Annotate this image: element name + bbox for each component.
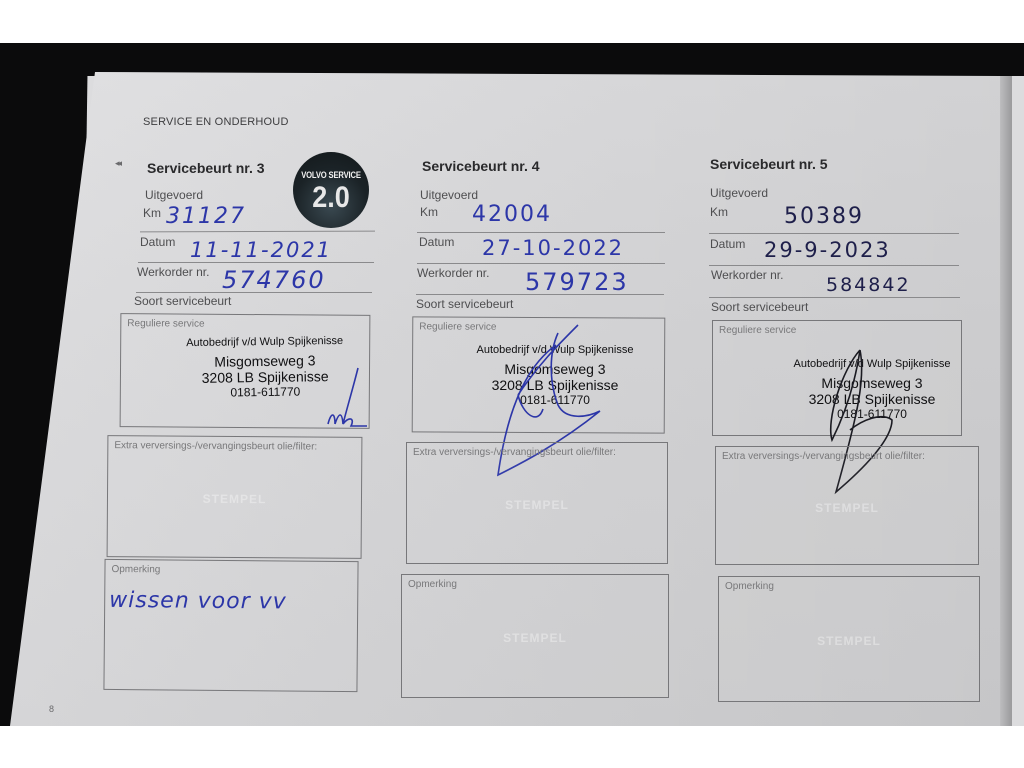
stempel-watermark: STEMPEL xyxy=(407,498,667,512)
datum-label: Datum xyxy=(710,237,745,251)
extra-label: Extra verversings-/vervangingsbeurt olie… xyxy=(114,440,317,452)
extra-verversing-box: Extra verversings-/vervangingsbeurt olie… xyxy=(406,442,668,564)
page-number: 8 xyxy=(49,704,54,714)
opmerking-label: Opmerking xyxy=(111,564,160,575)
km-value: 31127 xyxy=(166,204,246,229)
reguliere-label: Reguliere service xyxy=(719,325,796,336)
soort-label: Soort servicebeurt xyxy=(416,297,513,311)
km-label: Km xyxy=(420,205,438,219)
extra-verversing-box: Extra verversings-/vervangingsbeurt olie… xyxy=(715,446,979,565)
werkorder-value: 574760 xyxy=(222,266,326,294)
datum-value: 29-9-2023 xyxy=(764,238,891,262)
stamp-company: Autobedrijf v/d Wulp Spijkenisse xyxy=(150,334,380,349)
uitgevoerd-label: Uitgevoerd xyxy=(145,188,203,202)
werkorder-rule xyxy=(416,294,664,295)
service-title: Servicebeurt nr. 3 xyxy=(147,160,265,176)
uitgevoerd-label: Uitgevoerd xyxy=(710,186,768,200)
service-title: Servicebeurt nr. 5 xyxy=(710,156,828,172)
werkorder-rule xyxy=(709,297,960,298)
stempel-watermark: STEMPEL xyxy=(716,501,978,515)
opmerking-box: Opmerking STEMPEL xyxy=(718,576,980,702)
signature xyxy=(325,368,375,428)
datum-value: 27-10-2022 xyxy=(482,236,624,260)
stempel-watermark: STEMPEL xyxy=(402,631,668,645)
km-label: Km xyxy=(710,205,728,219)
km-rule xyxy=(417,232,665,233)
extra-label: Extra verversings-/vervangingsbeurt olie… xyxy=(413,447,616,458)
extra-label: Extra verversings-/vervangingsbeurt olie… xyxy=(722,451,925,462)
km-rule xyxy=(709,233,959,234)
soort-label: Soort servicebeurt xyxy=(711,300,808,314)
reguliere-label: Reguliere service xyxy=(127,318,204,330)
datum-rule xyxy=(709,265,959,266)
werkorder-label: Werkorder nr. xyxy=(137,265,209,279)
km-value: 42004 xyxy=(472,202,552,227)
soort-label: Soort servicebeurt xyxy=(134,294,231,308)
opmerking-label: Opmerking xyxy=(408,579,457,590)
stempel-watermark: STEMPEL xyxy=(108,491,361,507)
page-edge xyxy=(1000,76,1012,726)
datum-rule xyxy=(417,263,665,264)
werkorder-rule xyxy=(136,292,372,293)
double-left-arrow-icon: ◂◂ xyxy=(115,158,120,169)
reguliere-label: Reguliere service xyxy=(419,321,496,332)
werkorder-value: 579723 xyxy=(525,268,629,296)
volvo-service-badge: VOLVO SERVICE 2.0 xyxy=(293,152,369,228)
datum-rule xyxy=(138,262,374,263)
badge-number: 2.0 xyxy=(297,182,365,214)
opmerking-box: Opmerking STEMPEL xyxy=(401,574,669,698)
werkorder-label: Werkorder nr. xyxy=(711,268,783,282)
datum-value: 11-11-2021 xyxy=(190,238,332,262)
stempel-watermark: STEMPEL xyxy=(719,634,979,648)
service-title: Servicebeurt nr. 4 xyxy=(422,158,540,174)
datum-label: Datum xyxy=(140,235,175,249)
section-title: SERVICE EN ONDERHOUD xyxy=(143,116,289,128)
badge-label: VOLVO SERVICE xyxy=(299,170,364,180)
opmerking-box: Opmerking wissen voor vv xyxy=(103,559,358,692)
datum-label: Datum xyxy=(419,235,454,249)
extra-verversing-box: Extra verversings-/vervangingsbeurt olie… xyxy=(107,435,363,559)
werkorder-value: 584842 xyxy=(826,274,911,296)
km-value: 50389 xyxy=(784,204,864,229)
werkorder-label: Werkorder nr. xyxy=(417,266,489,280)
opmerking-label: Opmerking xyxy=(725,581,774,592)
km-label: Km xyxy=(143,206,161,220)
opmerking-value: wissen voor vv xyxy=(109,588,287,615)
uitgevoerd-label: Uitgevoerd xyxy=(420,188,478,202)
